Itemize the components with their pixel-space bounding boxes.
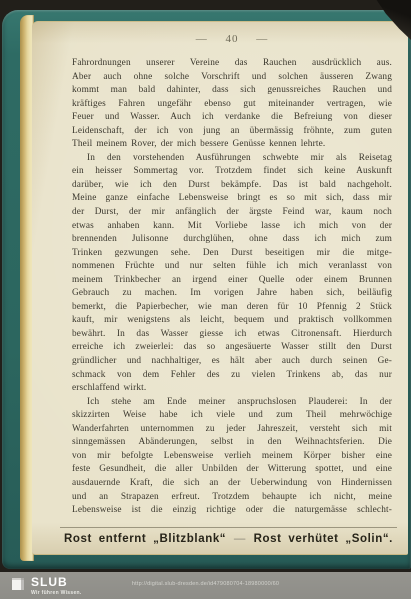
text-line: kauft, mir wenigstens als leicht, bequem… — [72, 314, 392, 328]
text-line: schmack von dem Fehler des zu vielen Tri… — [72, 369, 392, 383]
text-line: Fahrordnungen unserer Vereine das Rauche… — [72, 57, 392, 71]
text-line: Wanderfahrten unternommen zu jeder Jahre… — [72, 423, 392, 437]
text-line: skizzirten Weise habe ich viele und zum … — [72, 409, 392, 423]
text-line: und an Strapazen erfreut. Trotzdem behau… — [72, 491, 392, 505]
page-number-header: — 40 — — [72, 33, 392, 45]
text-line: Gebrauch zu machen. Im vorigen Jahre hab… — [72, 287, 392, 301]
text-line: Meine ganze einfache Lebensweise bringt … — [72, 192, 392, 206]
advert-right: Rost verhütet „Solin“. — [254, 533, 393, 545]
text-line: etwas anhaben kann. Mit Vorliebe lasse i… — [72, 220, 392, 234]
text-line: von mir befolgte Lebensweise verlieh mei… — [72, 450, 392, 464]
text-line: kommt man bald dahinter, dass sich genus… — [72, 84, 392, 98]
text-line: Aber auch ohne solche Vorschrift und sol… — [72, 71, 392, 85]
text-line: brennenden Julisonne durchglühen, ohne d… — [72, 233, 392, 247]
text-line: Trinken gezwungen sehe. Den Durst beseit… — [72, 247, 392, 261]
advert-line: Rost entfernt „Blitzblank“ — Rost verhüt… — [64, 533, 393, 545]
text-line: sinngemässen Abänderungen, selbst in den… — [72, 436, 392, 450]
text-line: feste Gesundheit, die aller Unbilden der… — [72, 463, 392, 477]
text-line: ein heisser Sommertag vor. Trotzdem find… — [72, 165, 392, 179]
text-line: Lebensweise ist die einzig richtige oder… — [72, 504, 392, 518]
page-text: Fahrordnungen unserer Vereine das Rauche… — [72, 57, 392, 518]
text-line: meinem Trinkbecher an irgend einer Quell… — [72, 274, 392, 288]
advert-left: Rost entfernt „Blitzblank“ — [64, 533, 226, 545]
text-line: erschlaffend wirkt. — [72, 382, 392, 396]
text-line: Theil meinem Rover, der mich bessere Gen… — [72, 138, 392, 152]
advert-dash: — — [234, 533, 246, 545]
text-line: nommenen Früchte und nur selten fühle ic… — [72, 260, 392, 274]
text-line: Ich stehe am Ende meiner anspruchslosen … — [72, 396, 392, 410]
text-line: Leidenschaft, der ich von jung an übermä… — [72, 125, 392, 139]
text-line: In den vorstehenden Ausführungen schwebt… — [72, 152, 392, 166]
text-line: bemerkt, die Papierbecher, wie man deren… — [72, 301, 392, 315]
text-line: kräftiges Fahren ungefähr ebenso gut mit… — [72, 98, 392, 112]
scan-url: http://digital.slub-dresden.de/id4790807… — [0, 581, 411, 587]
text-line: bewährt. In das Wasser giesse ich etwas … — [72, 328, 392, 342]
slub-tagline: Wir führen Wissen. — [31, 590, 82, 596]
viewer-footer: SLUB Wir führen Wissen. http://digital.s… — [0, 572, 411, 599]
text-line: Feuer und Wasser. Auch ich verdanke die … — [72, 111, 392, 125]
text-line: ausdauernde Kraft, die sich an der Ueber… — [72, 477, 392, 491]
text-line: der Durst, der mir anfänglich der ärgste… — [72, 206, 392, 220]
advert-rule — [60, 527, 397, 528]
text-line: erreiche ich zweierlei: das so angesäuer… — [72, 341, 392, 355]
text-line: darüber, wie ich den Durst bekämpfe. Das… — [72, 179, 392, 193]
text-line: gründlicher und nachhaltiger, es hält ab… — [72, 355, 392, 369]
